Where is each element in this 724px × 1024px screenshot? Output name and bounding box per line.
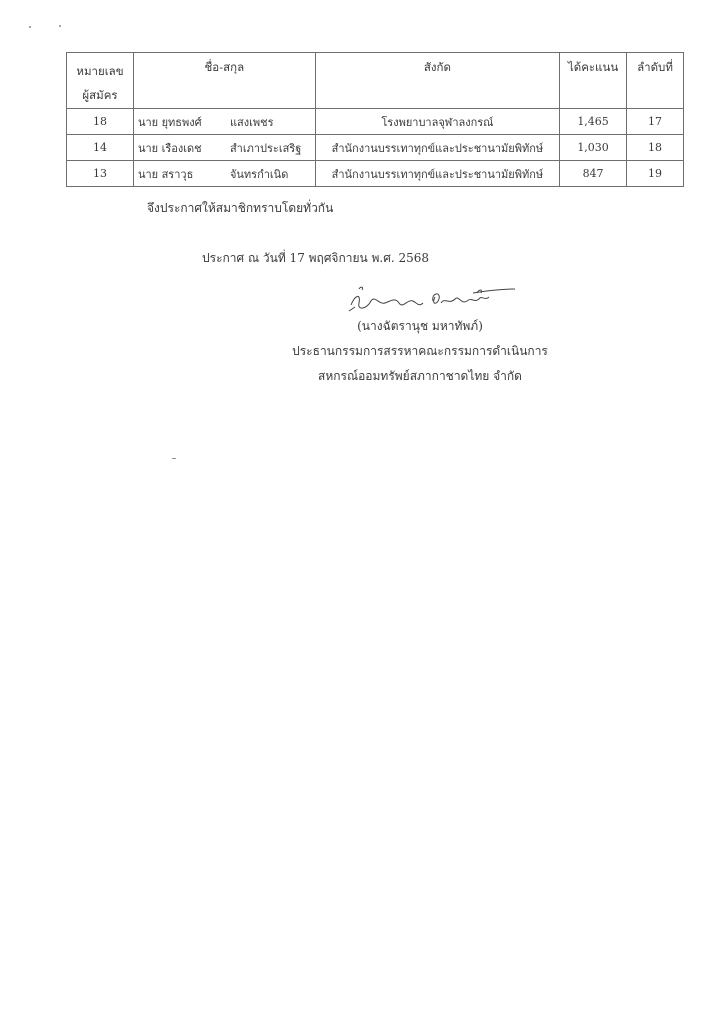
date-line: ประกาศ ณ วันที่ 17 พฤศจิกายน พ.ศ. 2568 <box>202 249 429 268</box>
table-row: 14 นาย เรืองเดชสำเภาประเสริฐ สำนักงานบรร… <box>67 135 684 161</box>
cell-applicant-no: 13 <box>67 161 134 187</box>
cell-name: นาย ยุทธพงศ์แสงเพชร <box>133 109 315 135</box>
signatory-organization: สหกรณ์ออมทรัพย์สภากาชาดไทย จำกัด <box>270 367 570 386</box>
cell-name: นาย เรืองเดชสำเภาประเสริฐ <box>133 135 315 161</box>
header-applicant-no: หมายเลข ผู้สมัคร <box>67 53 134 109</box>
cell-rank: 18 <box>627 135 684 161</box>
cell-last-name: สำเภาประเสริฐ <box>230 142 301 155</box>
header-score: ได้คะแนน <box>560 53 627 109</box>
cell-first-name: นาย เรืองเดช <box>138 139 230 157</box>
cell-affiliation: โรงพยาบาลจุฬาลงกรณ์ <box>315 109 559 135</box>
cell-last-name: จันทรกำเนิด <box>230 168 288 181</box>
cell-last-name: แสงเพชร <box>230 116 274 129</box>
cell-first-name: นาย สราวุธ <box>138 165 230 183</box>
cell-score: 1,030 <box>560 135 627 161</box>
cell-affiliation: สำนักงานบรรเทาทุกข์และประชานามัยพิทักษ์ <box>315 161 559 187</box>
table-row: 18 นาย ยุทธพงศ์แสงเพชร โรงพยาบาลจุฬาลงกร… <box>67 109 684 135</box>
signatory-position: ประธานกรรมการสรรหาคณะกรรมการดำเนินการ <box>270 342 570 361</box>
header-name: ชื่อ-สกุล <box>133 53 315 109</box>
header-affiliation: สังกัด <box>315 53 559 109</box>
cell-score: 847 <box>560 161 627 187</box>
cell-score: 1,465 <box>560 109 627 135</box>
closing-line: จึงประกาศให้สมาชิกทราบโดยทั่วกัน <box>147 199 333 218</box>
cell-name: นาย สราวุธจันทรกำเนิด <box>133 161 315 187</box>
scan-speck <box>172 458 176 459</box>
header-applicant-no-line2: ผู้สมัคร <box>71 83 129 107</box>
cell-first-name: นาย ยุทธพงศ์ <box>138 113 230 131</box>
header-rank: ลำดับที่ <box>627 53 684 109</box>
scan-speck <box>29 26 31 28</box>
signature-icon <box>345 283 520 317</box>
results-table: หมายเลข ผู้สมัคร ชื่อ-สกุล สังกัด ได้คะแ… <box>66 52 684 187</box>
cell-rank: 17 <box>627 109 684 135</box>
cell-rank: 19 <box>627 161 684 187</box>
signatory-name: (นางฉัตรานุช มหาทัพภ์) <box>270 317 570 336</box>
table-header-row: หมายเลข ผู้สมัคร ชื่อ-สกุล สังกัด ได้คะแ… <box>67 53 684 109</box>
cell-applicant-no: 14 <box>67 135 134 161</box>
scan-speck <box>59 25 61 27</box>
header-applicant-no-line1: หมายเลข <box>71 59 129 83</box>
cell-affiliation: สำนักงานบรรเทาทุกข์และประชานามัยพิทักษ์ <box>315 135 559 161</box>
table-row: 13 นาย สราวุธจันทรกำเนิด สำนักงานบรรเทาท… <box>67 161 684 187</box>
cell-applicant-no: 18 <box>67 109 134 135</box>
